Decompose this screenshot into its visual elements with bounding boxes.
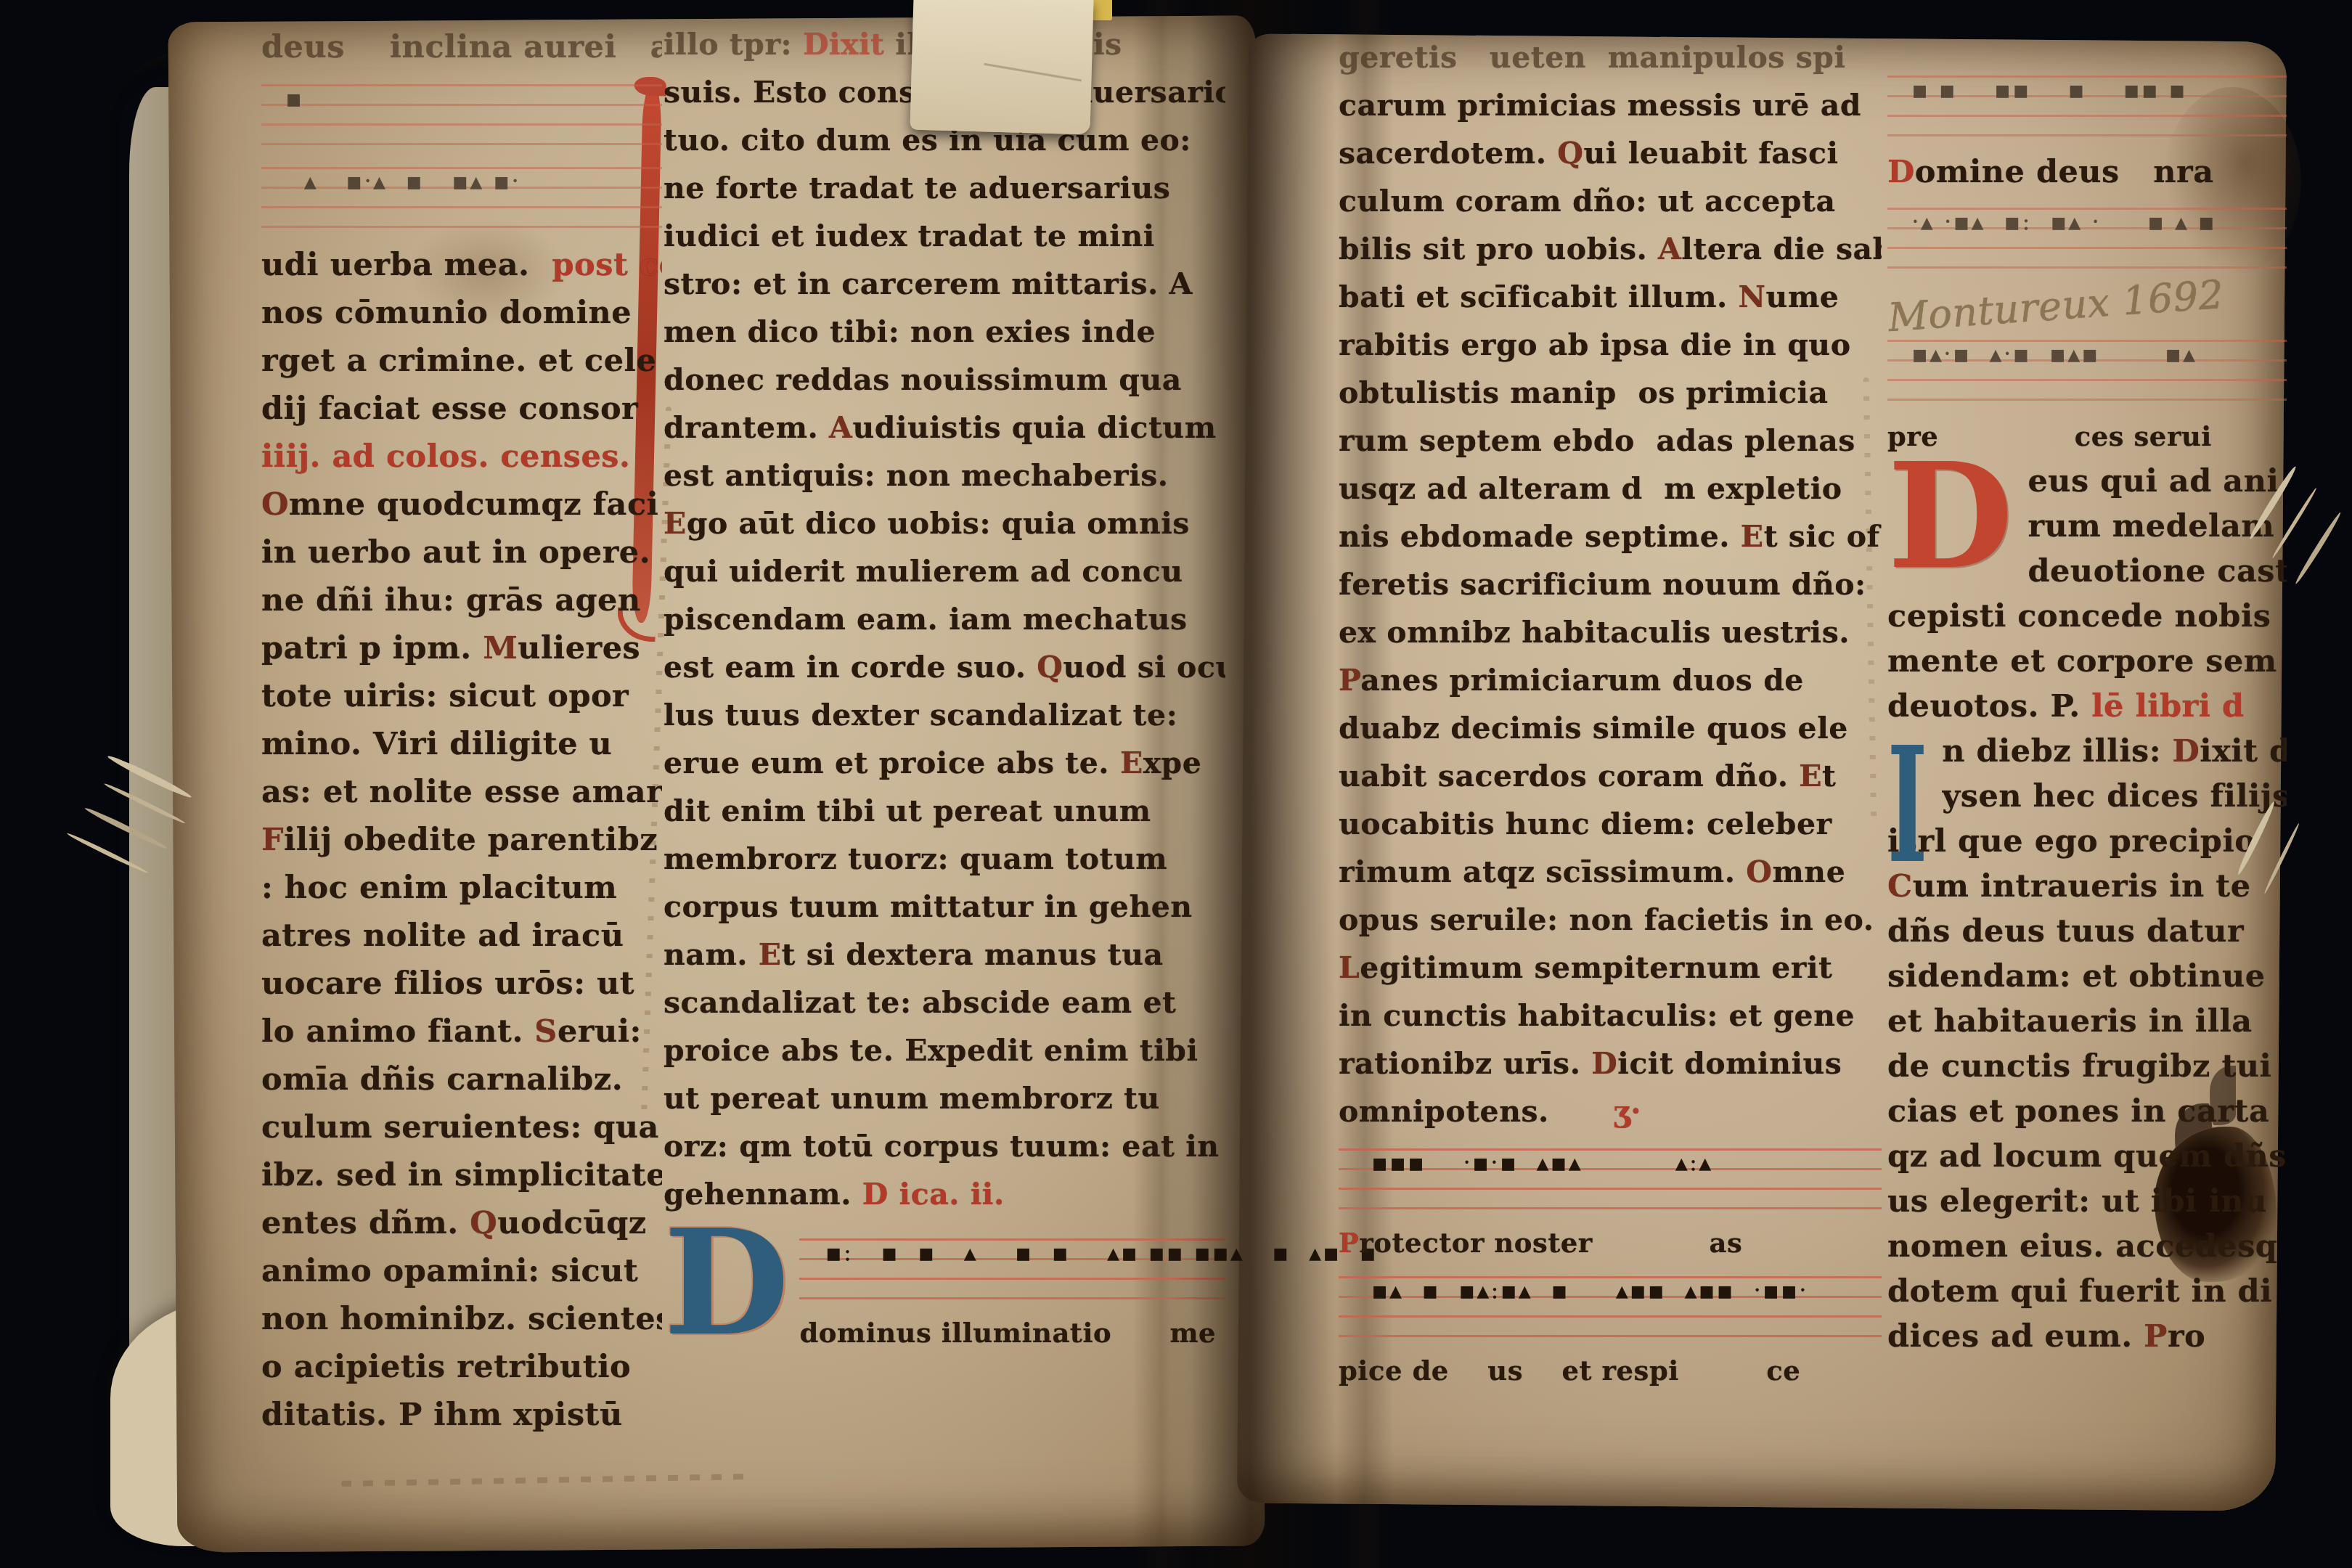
tab-crease — [984, 63, 1082, 82]
text-segment: omīa dñis carnalibz. — [261, 1061, 623, 1098]
text-segment: bilis sit pro uobis. — [1339, 232, 1658, 266]
text-segment: S — [534, 1013, 558, 1050]
text-segment: E — [759, 937, 782, 972]
text-line: orz: qm totū corpus tuum: eat in — [663, 1122, 1225, 1170]
text-line: n diebz illis: Dixit d — [1942, 729, 2287, 774]
text-line: obtulistis manip os primicia — [1339, 369, 1882, 417]
text-segment: iiij. ad colos. censes. — [261, 438, 630, 475]
text-segment: rum septem ebdo adas plenas — [1339, 423, 1855, 458]
text-segment: rimum atqz scīssimum. — [1339, 854, 1746, 889]
text-segment: D — [2173, 733, 2200, 769]
text-line: tote uiris: sicut opor — [261, 672, 662, 720]
text-line: non hominibz. scientes — [261, 1295, 662, 1343]
neumes: ▴ ▪·▴ ▪ ▪▴ ▪· — [285, 167, 520, 196]
text-line: mente et corpore sem — [1887, 639, 2287, 684]
text-segment: donec reddas nouissimum qua — [663, 362, 1182, 397]
text-segment: pice de us et respi ce — [1339, 1355, 1800, 1387]
text-line: animo opamini: sicut — [261, 1247, 662, 1295]
text-segment: D — [1887, 154, 1915, 190]
text-line: de cunctis frugibz tui — [1887, 1044, 2287, 1089]
music-staff: ▪ — [261, 84, 662, 154]
text-line: pice de us et respi ce — [1339, 1350, 1882, 1391]
text-segment: ui leuabit fasci — [1584, 136, 1839, 171]
text-line: isrl que ego precipio — [1887, 819, 2287, 864]
text-line: uabit sacerdos coram dño. Et — [1339, 752, 1882, 800]
text-line: est antiquis: non mechaberis. — [663, 452, 1225, 499]
text-line: rget a crimine. et cele — [261, 337, 662, 385]
text-segment: opus seruile: non facietis in eo. — [1339, 902, 1874, 937]
text-segment: us elegerit: ut ibi inu — [1887, 1183, 2267, 1220]
text-line: nos cōmunio domine — [261, 289, 662, 337]
text-segment: D ica. ii. — [862, 1177, 1005, 1212]
text-segment: E — [1741, 519, 1764, 554]
text-segment: F — [261, 822, 284, 858]
text-segment: uod si ocu — [1063, 650, 1225, 685]
text-segment: t sic of — [1764, 519, 1880, 554]
text-segment: P — [2144, 1318, 2168, 1355]
text-segment: ltera die sab — [1681, 232, 1882, 266]
text-segment: cepisti concede nobis — [1887, 598, 2271, 634]
text-segment: lē libri d — [2091, 688, 2244, 724]
text-line: bati et scīficabit illum. Nume — [1339, 273, 1882, 321]
text-line: dit enim tibi ut pereat unum — [663, 787, 1225, 835]
illuminated-initial: D — [663, 1225, 799, 1342]
text-segment: anes primiciarum duos de — [1360, 663, 1804, 698]
text-segment: ibz. sed in simplicitate — [261, 1157, 662, 1193]
text-line: us elegerit: ut ibi inu — [1887, 1179, 2287, 1224]
text-line: Panes primiciarum duos de — [1339, 656, 1882, 704]
neumes: ▪: ▪ ▪ ▴ ▪ ▪ ▴▪ ▪▪ ▪▪▴ ▪ ▴▪ ▪ — [825, 1238, 1378, 1267]
text-segment: Q — [1037, 650, 1063, 685]
text-segment: Dixit — [803, 27, 885, 62]
text-line: rum medelam — [2028, 504, 2287, 549]
text-line: erue eum et proice abs te. Expe — [663, 739, 1225, 787]
right-page-column-a: geretis ueten manipulos spicarum primici… — [1339, 33, 1882, 1391]
text-segment: ulieres — [518, 630, 640, 666]
music-staff: ▪: ▪ ▪ ▴ ▪ ▪ ▴▪ ▪▪ ▪▪▴ ▪ ▴▪ ▪ — [799, 1238, 1225, 1308]
text-line: iudici et iudex tradat te mini — [663, 212, 1225, 260]
text-line: as: et nolite esse amari — [261, 768, 662, 816]
text-segment: rget a crimine. et cele — [261, 343, 656, 379]
text-segment: atres nolite ad iracū — [261, 918, 624, 954]
text-segment: eus qui ad ani — [2028, 463, 2279, 499]
text-segment: qz ad locum quem dñs — [1887, 1138, 2287, 1175]
text-segment: ut pereat unum membrorz tu — [663, 1081, 1160, 1116]
text-segment: uodcūqz — [497, 1205, 646, 1241]
text-segment: um intraueris in te — [1913, 868, 2251, 905]
text-line: lus tuus dexter scandalizat te: — [663, 691, 1225, 739]
text-line: dotem qui fuerit in di — [1887, 1269, 2287, 1314]
text-segment: erue eum et proice abs te. — [663, 746, 1120, 780]
music-staff: ▪▴·▪ ▴·▪ ▪▴▪ ▪▴ — [1887, 340, 2287, 409]
text-segment: uocabitis hunc diem: celeber — [1339, 807, 1832, 841]
text-segment: Q — [470, 1205, 497, 1241]
text-line: sacerdotem. Qui leuabit fasci — [1339, 129, 1882, 177]
text-segment: omnipotens. — [1339, 1094, 1613, 1129]
text-segment: P — [1339, 663, 1360, 698]
text-line: dices ad eum. Pro — [1887, 1314, 2287, 1359]
text-line: eus qui ad ani — [2028, 459, 2287, 504]
text-segment: lus tuus dexter scandalizat te: — [663, 698, 1177, 732]
text-segment: as: et nolite esse amari — [261, 774, 662, 810]
text-line: carum primicias messis urē ad — [1339, 81, 1882, 129]
text-segment: cias et pones in carta — [1887, 1093, 2269, 1130]
text-segment: ʒ· — [1613, 1094, 1641, 1129]
text-segment: mne — [1772, 854, 1845, 889]
text-segment: Montureux 1692 — [1887, 271, 2226, 340]
text-line: ne dñi ihu: grās agen — [261, 576, 662, 624]
text-line: nam. Et si dextera manus tua — [663, 931, 1225, 979]
text-line: in uerbo aut in opere. — [261, 528, 662, 576]
text-segment: de cunctis frugibz tui — [1887, 1048, 2271, 1085]
text-segment: rabitis ergo ab ipsa die in quo — [1339, 327, 1851, 362]
music-staff: ▴ ▪·▴ ▪ ▪▴ ▪· — [261, 167, 662, 237]
text-line: patri p ipm. Mulieres — [261, 624, 662, 672]
text-line: uocabitis hunc diem: celeber — [1339, 800, 1882, 848]
chant-incipit: D▪: ▪ ▪ ▴ ▪ ▪ ▴▪ ▪▪ ▪▪▴ ▪ ▴▪ ▪dominus il… — [663, 1225, 1225, 1353]
neumes: ▪▴·▪ ▴·▪ ▪▴▪ ▪▴ — [1911, 340, 2197, 369]
text-segment: tote uiris: sicut opor — [261, 678, 629, 714]
music-staff: ▪▪▪ ·▪·▪ ▴▪▴ ▴:▴ — [1339, 1148, 1882, 1218]
text-segment: deus inclina aurei ad — [261, 29, 662, 65]
text-line: Omne quodcumqz faci — [261, 481, 662, 528]
text-line: pre ces serui — [1887, 414, 2287, 459]
text-segment: geretis ueten manipulos spi — [1339, 40, 1846, 75]
text-segment: xpe — [1143, 746, 1202, 780]
text-segment: n diebz illis: — [1942, 733, 2172, 769]
text-segment: ilij obedite parentibz — [284, 822, 658, 858]
text-segment: L — [1339, 950, 1360, 985]
text-segment: E — [1799, 759, 1822, 793]
text-line: culum coram dño: ut accepta — [1339, 177, 1882, 225]
text-line: dñs deus tuus datur — [1887, 909, 2287, 954]
text-segment: patri p ipm. — [261, 630, 483, 666]
music-staff: ▪▴ ▪ ▪▴:▪▴ ▪ ▴▪▪ ▴▪▪ ·▪▪· — [1339, 1276, 1882, 1346]
text-line: omīa dñis carnalibz. — [261, 1055, 662, 1103]
text-segment: deuotione castigari — [2028, 553, 2287, 589]
text-segment: egitimum sempiternum erit — [1360, 950, 1832, 985]
text-segment: ditatis. P ihm xpistū — [261, 1397, 623, 1433]
text-segment: non hominibz. scientes — [261, 1301, 662, 1337]
text-line: membrorz tuorz: quam totum — [663, 835, 1225, 883]
text-line: uocare filios urōs: ut — [261, 960, 662, 1008]
music-staff: ▪ ▪ ▪▪ ▪ ▪▪ ▪ — [1887, 75, 2287, 145]
text-segment: t si dextera manus tua — [782, 937, 1164, 972]
text-line: rum septem ebdo adas plenas — [1339, 417, 1882, 465]
text-segment: est eam in corde suo. — [663, 650, 1037, 685]
text-line: culum seruientes: qua — [261, 1103, 662, 1151]
text-line: est eam in corde suo. Quod si ocu — [663, 643, 1225, 691]
text-line: geretis ueten manipulos spi — [1339, 33, 1882, 81]
text-segment: membrorz tuorz: quam totum — [663, 841, 1167, 876]
left-page-column-b: illo tpr: Dixit ihc discipulissuis. Esto… — [663, 20, 1225, 1353]
text-line: cias et pones in carta — [1887, 1089, 2287, 1134]
text-line: mino. Viri diligite u — [261, 720, 662, 768]
text-segment: O — [1746, 854, 1772, 889]
text-segment: culum seruientes: qua — [261, 1109, 659, 1146]
text-segment: dominus illuminatio me a — [799, 1317, 1225, 1349]
text-line: Legitimum sempiternum erit — [1339, 944, 1882, 992]
left-page-column-a: deus inclina aurei ad▪ ▴ ▪·▴ ▪ ▪▴ ▪·udi … — [261, 23, 662, 1439]
text-segment: ne forte tradat te aduersarius — [663, 171, 1170, 205]
text-line: sidendam: et obtinue — [1887, 954, 2287, 999]
text-segment: usqz ad alteram d m expletio — [1339, 471, 1842, 506]
text-segment: O — [261, 486, 289, 523]
text-line: scandalizat te: abscide eam et — [663, 979, 1225, 1026]
text-line: Ego aūt dico uobis: quia omnis — [663, 499, 1225, 547]
text-line: o acipietis retributio — [261, 1343, 662, 1391]
text-segment: ixit d — [2200, 733, 2287, 769]
text-line: omnipotens. ʒ· — [1339, 1087, 1882, 1135]
text-line: iiij. ad colos. censes. — [261, 433, 662, 481]
text-segment: dices ad eum. — [1887, 1318, 2144, 1355]
text-line: udi uerba mea. post cō. — [261, 241, 662, 289]
initial-paragraph: Deus qui ad anirum medelamdeuotione cast… — [1887, 459, 2287, 729]
text-segment: D — [1591, 1046, 1617, 1081]
text-line: drantem. Audiuistis quia dictum — [663, 404, 1225, 452]
text-line: nis ebdomade septime. Et sic of — [1339, 513, 1882, 560]
text-line: ysen hec dices filijs — [1942, 774, 2287, 819]
text-segment: duabz decimis simile quos ele — [1339, 711, 1848, 746]
text-line: : hoc enim placitum — [261, 864, 662, 912]
text-segment: icit dominius — [1617, 1046, 1842, 1081]
neumes: ▪ ▪ ▪▪ ▪ ▪▪ ▪ — [1911, 75, 2187, 105]
text-segment: men dico tibi: non exies inde — [663, 314, 1156, 349]
music-staff: ·▴ ·▪▴ ▪: ▪▴ · ▪ ▴ ▪ — [1887, 208, 2287, 277]
text-line: stro: et in carcerem mittaris. A — [663, 260, 1225, 308]
text-line: Filij obedite parentibz — [261, 816, 662, 864]
text-segment: et habitaueris in illa — [1887, 1003, 2253, 1040]
text-line: rimum atqz scīssimum. Omne — [1339, 848, 1882, 896]
text-line: ditatis. P ihm xpistū — [261, 1391, 662, 1439]
text-segment: entes dñm. — [261, 1205, 470, 1241]
text-segment: nomen eius. accedesq — [1887, 1228, 2277, 1265]
text-segment: E — [663, 506, 687, 541]
parchment-bookmark-tab — [910, 0, 1093, 134]
text-segment: ba mea. — [390, 247, 552, 283]
text-line: ex omnibz habitaculis uestris. — [1339, 608, 1882, 656]
text-segment: in cunctis habitaculis: et gene — [1339, 998, 1855, 1033]
text-segment: mente et corpore sem — [1887, 643, 2277, 679]
text-segment: scandalizat te: abscide eam et — [663, 985, 1177, 1020]
text-segment: ne dñi ihu: grās agen — [261, 582, 641, 618]
text-line: piscendam eam. iam mechatus — [663, 595, 1225, 643]
neumes: ·▴ ·▪▴ ▪: ▪▴ · ▪ ▴ ▪ — [1911, 208, 2216, 237]
text-segment: as — [1593, 1227, 1742, 1259]
text-segment: rum medelam — [2028, 508, 2274, 544]
text-line: usqz ad alteram d m expletio — [1339, 465, 1882, 513]
text-segment: N — [1739, 279, 1766, 314]
text-segment: er — [353, 247, 390, 283]
text-line: rationibz urīs. Dicit dominius — [1339, 1040, 1882, 1087]
text-segment: feretis sacrificium nouum dño: — [1339, 567, 1866, 602]
manuscript-photo: deus inclina aurei ad▪ ▴ ▪·▴ ▪ ▪▴ ▪·udi … — [0, 0, 2352, 1568]
text-segment: P — [1339, 1227, 1359, 1259]
text-segment: isrl que ego precipio — [1887, 823, 2255, 859]
text-line: ut pereat unum membrorz tu — [663, 1074, 1225, 1122]
text-line: Montureux 1692 — [1887, 268, 2288, 340]
text-segment: erui: — [558, 1013, 642, 1050]
text-segment: sacerdotem. — [1339, 136, 1557, 171]
text-line: atres nolite ad iracū — [261, 912, 662, 960]
text-segment: udi u — [261, 247, 353, 283]
text-line: proice abs te. Expedit enim tibi — [663, 1026, 1225, 1074]
text-line: ibz. sed in simplicitate — [261, 1151, 662, 1199]
text-segment: omine deus nra — [1915, 154, 2214, 190]
text-segment: rotector noster — [1359, 1227, 1593, 1259]
text-segment: proice abs te. Expedit enim tibi — [663, 1033, 1198, 1068]
text-segment: ysen hec dices filijs — [1942, 778, 2287, 814]
text-segment: ume — [1766, 279, 1839, 314]
text-segment: go aūt dico uobis: quia omnis — [687, 506, 1190, 541]
text-line: bilis sit pro uobis. Altera die sab — [1339, 225, 1882, 273]
text-segment: bati et scīficabit illum. — [1339, 279, 1739, 314]
text-segment: pre ces serui — [1887, 420, 2212, 452]
text-line: qz ad locum quem dñs — [1887, 1134, 2287, 1179]
text-line: cepisti concede nobis — [1887, 594, 2287, 639]
text-line: feretis sacrificium nouum dño: — [1339, 560, 1882, 608]
neumes: ▪ — [285, 84, 303, 113]
text-segment: post cō. — [552, 247, 662, 283]
text-line: deus inclina aurei ad — [261, 23, 662, 71]
illuminated-initial: I — [1887, 735, 1927, 877]
text-line: lo animo fiant. Serui: — [261, 1008, 662, 1055]
text-line: duabz decimis simile quos ele — [1339, 704, 1882, 752]
text-segment: iudici et iudex tradat te mini — [663, 219, 1155, 253]
text-segment: corpus tuum mittatur in gehen — [663, 889, 1193, 924]
text-segment: sidendam: et obtinue — [1887, 958, 2266, 995]
text-segment: udiuistis quia dictum — [852, 410, 1216, 445]
text-segment: ex omnibz habitaculis uestris. — [1339, 615, 1850, 650]
neumes: ▪▪▪ ·▪·▪ ▴▪▴ ▴:▴ — [1371, 1148, 1713, 1177]
text-line: nomen eius. accedesq — [1887, 1224, 2287, 1269]
text-segment: dñs deus tuus datur — [1887, 913, 2244, 950]
text-line: dominus illuminatio me a — [799, 1312, 1225, 1353]
text-segment: piscendam eam. iam mechatus — [663, 602, 1188, 637]
initial-paragraph: In diebz illis: Dixit dysen hec dices fi… — [1887, 729, 2287, 1359]
text-line: Cum intraueris in te — [1887, 864, 2287, 909]
text-line: ne forte tradat te aduersarius — [663, 164, 1225, 212]
neumes: ▪▴ ▪ ▪▴:▪▴ ▪ ▴▪▪ ▴▪▪ ·▪▪· — [1371, 1276, 1808, 1305]
illuminated-initial: D — [1887, 465, 2013, 569]
text-segment: E — [1120, 746, 1143, 780]
right-page-column-b: ▪ ▪ ▪▪ ▪ ▪▪ ▪Domine deus nra·▴ ·▪▴ ▪: ▪▴… — [1887, 62, 2287, 1359]
text-segment: t — [1822, 759, 1836, 793]
text-line: Domine deus nra — [1887, 150, 2287, 195]
text-segment: M — [483, 630, 518, 666]
text-line: et habitaueris in illa — [1887, 999, 2287, 1044]
text-segment: dit enim tibi ut pereat unum — [663, 793, 1151, 828]
text-line: men dico tibi: non exies inde — [663, 308, 1225, 356]
text-line: dij faciat esse consor — [261, 385, 662, 433]
text-segment: est antiquis: non mechaberis. — [663, 458, 1169, 493]
text-segment: nos cōmunio domine — [261, 295, 632, 331]
text-segment: illo tpr: — [663, 27, 803, 62]
text-line: qui uiderit mulierem ad concu — [663, 547, 1225, 595]
text-segment: culum coram dño: ut accepta — [1339, 184, 1835, 219]
text-segment: uabit sacerdos coram dño. — [1339, 759, 1799, 793]
text-segment: nis ebdomade septime. — [1339, 519, 1741, 554]
text-line: donec reddas nouissimum qua — [663, 356, 1225, 404]
text-segment: ro — [2168, 1318, 2205, 1355]
text-segment: mne quodcumqz faci — [289, 486, 658, 523]
text-segment: rationibz urīs. — [1339, 1046, 1591, 1081]
text-segment: A — [1658, 232, 1681, 266]
text-segment: qui uiderit mulierem ad concu — [663, 554, 1183, 589]
text-segment: uocare filios urōs: ut — [261, 965, 634, 1002]
text-segment: obtulistis manip os primicia — [1339, 375, 1829, 410]
text-segment: animo opamini: sicut — [261, 1253, 638, 1289]
text-segment: dij faciat esse consor — [261, 391, 638, 427]
text-segment: o acipietis retributio — [261, 1349, 631, 1385]
text-line: deuotione castigari — [2028, 549, 2287, 594]
text-segment: : hoc enim placitum — [261, 870, 617, 906]
text-segment: dotem qui fuerit in di — [1887, 1273, 2272, 1310]
text-line: Protector noster as — [1339, 1222, 1882, 1263]
text-line: opus seruile: non facietis in eo. — [1339, 896, 1882, 944]
text-line: entes dñm. Quodcūqz — [261, 1199, 662, 1247]
text-segment: in uerbo aut in opere. — [261, 534, 650, 571]
text-segment: orz: qm totū corpus tuum: eat in — [663, 1129, 1220, 1164]
text-segment: lo animo fiant. — [261, 1013, 534, 1050]
text-segment: stro: et in carcerem mittaris. A — [663, 266, 1193, 301]
text-segment: carum primicias messis urē ad — [1339, 88, 1861, 123]
text-segment: Q — [1557, 136, 1583, 171]
text-segment: A — [829, 410, 852, 445]
text-line: in cunctis habitaculis: et gene — [1339, 992, 1882, 1040]
text-segment: drantem. — [663, 410, 829, 445]
text-line: corpus tuum mittatur in gehen — [663, 883, 1225, 931]
text-line: rabitis ergo ab ipsa die in quo — [1339, 321, 1882, 369]
text-line: deuotos. P. lē libri d — [1887, 684, 2287, 729]
text-segment: nam. — [663, 937, 759, 972]
text-segment: mino. Viri diligite u — [261, 726, 612, 762]
